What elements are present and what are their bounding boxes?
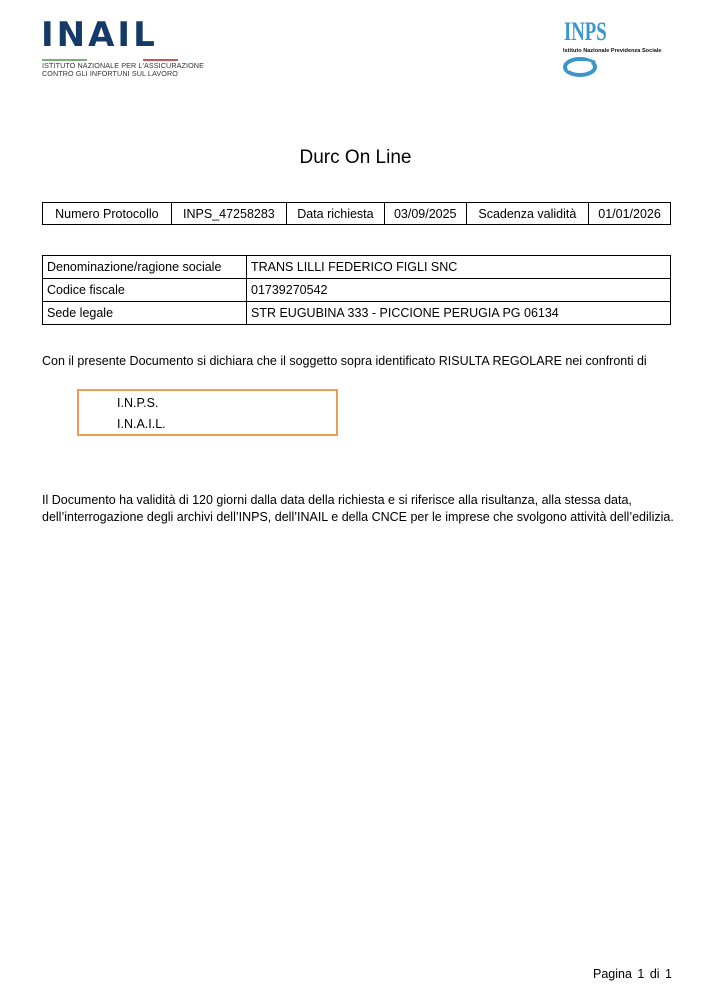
declaration-text: Con il presente Documento si dichiara ch… — [42, 354, 647, 368]
codice-fiscale-label: Codice fiscale — [43, 279, 247, 302]
validity-line-1: Il Documento ha validità di 120 giorni d… — [42, 492, 674, 509]
entity-inps: I.N.P.S. — [117, 396, 158, 410]
inail-logo: INAIL ISTITUTO NAZIONALE PER L'ASSICURAZ… — [41, 18, 186, 78]
protocol-row: Numero Protocollo INPS_47258283 Data ric… — [43, 203, 671, 225]
inail-subtitle-line2: CONTRO GLI INFORTUNI SUL LAVORO — [42, 70, 204, 78]
validity-text: Il Documento ha validità di 120 giorni d… — [42, 492, 674, 526]
regular-entities-box: I.N.P.S. I.N.A.I.L. — [77, 389, 338, 436]
table-row: Sede legale STR EUGUBINA 333 - PICCIONE … — [43, 302, 671, 325]
entity-inail: I.N.A.I.L. — [117, 417, 166, 431]
inps-logo-wordmark: INPS — [564, 18, 607, 46]
sede-legale-value: STR EUGUBINA 333 - PICCIONE PERUGIA PG 0… — [247, 302, 671, 325]
numero-protocollo-label: Numero Protocollo — [43, 203, 172, 225]
protocol-table: Numero Protocollo INPS_47258283 Data ric… — [42, 202, 671, 225]
inps-logo: INPS Istituto Nazionale Previdenza Socia… — [562, 18, 672, 78]
numero-protocollo-value: INPS_47258283 — [171, 203, 286, 225]
denominazione-label: Denominazione/ragione sociale — [43, 256, 247, 279]
scadenza-value: 01/01/2026 — [589, 203, 671, 225]
denominazione-value: TRANS LILLI FEDERICO FIGLI SNC — [247, 256, 671, 279]
scadenza-label: Scadenza validità — [466, 203, 588, 225]
inail-logo-wordmark: INAIL — [41, 18, 158, 52]
codice-fiscale-value: 01739270542 — [247, 279, 671, 302]
page-number: Pagina 1 di 1 — [593, 967, 672, 981]
subject-table: Denominazione/ragione sociale TRANS LILL… — [42, 255, 671, 325]
table-row: Denominazione/ragione sociale TRANS LILL… — [43, 256, 671, 279]
table-row: Codice fiscale 01739270542 — [43, 279, 671, 302]
validity-line-2: dell’interrogazione degli archivi dell’I… — [42, 509, 674, 526]
inail-logo-subtitle: ISTITUTO NAZIONALE PER L'ASSICURAZIONE C… — [42, 62, 204, 78]
inps-swirl-icon — [563, 56, 599, 78]
data-richiesta-value: 03/09/2025 — [384, 203, 466, 225]
document-title: Durc On Line — [0, 147, 711, 169]
data-richiesta-label: Data richiesta — [287, 203, 385, 225]
sede-legale-label: Sede legale — [43, 302, 247, 325]
inps-logo-subtitle: Istituto Nazionale Previdenza Sociale — [563, 48, 662, 54]
